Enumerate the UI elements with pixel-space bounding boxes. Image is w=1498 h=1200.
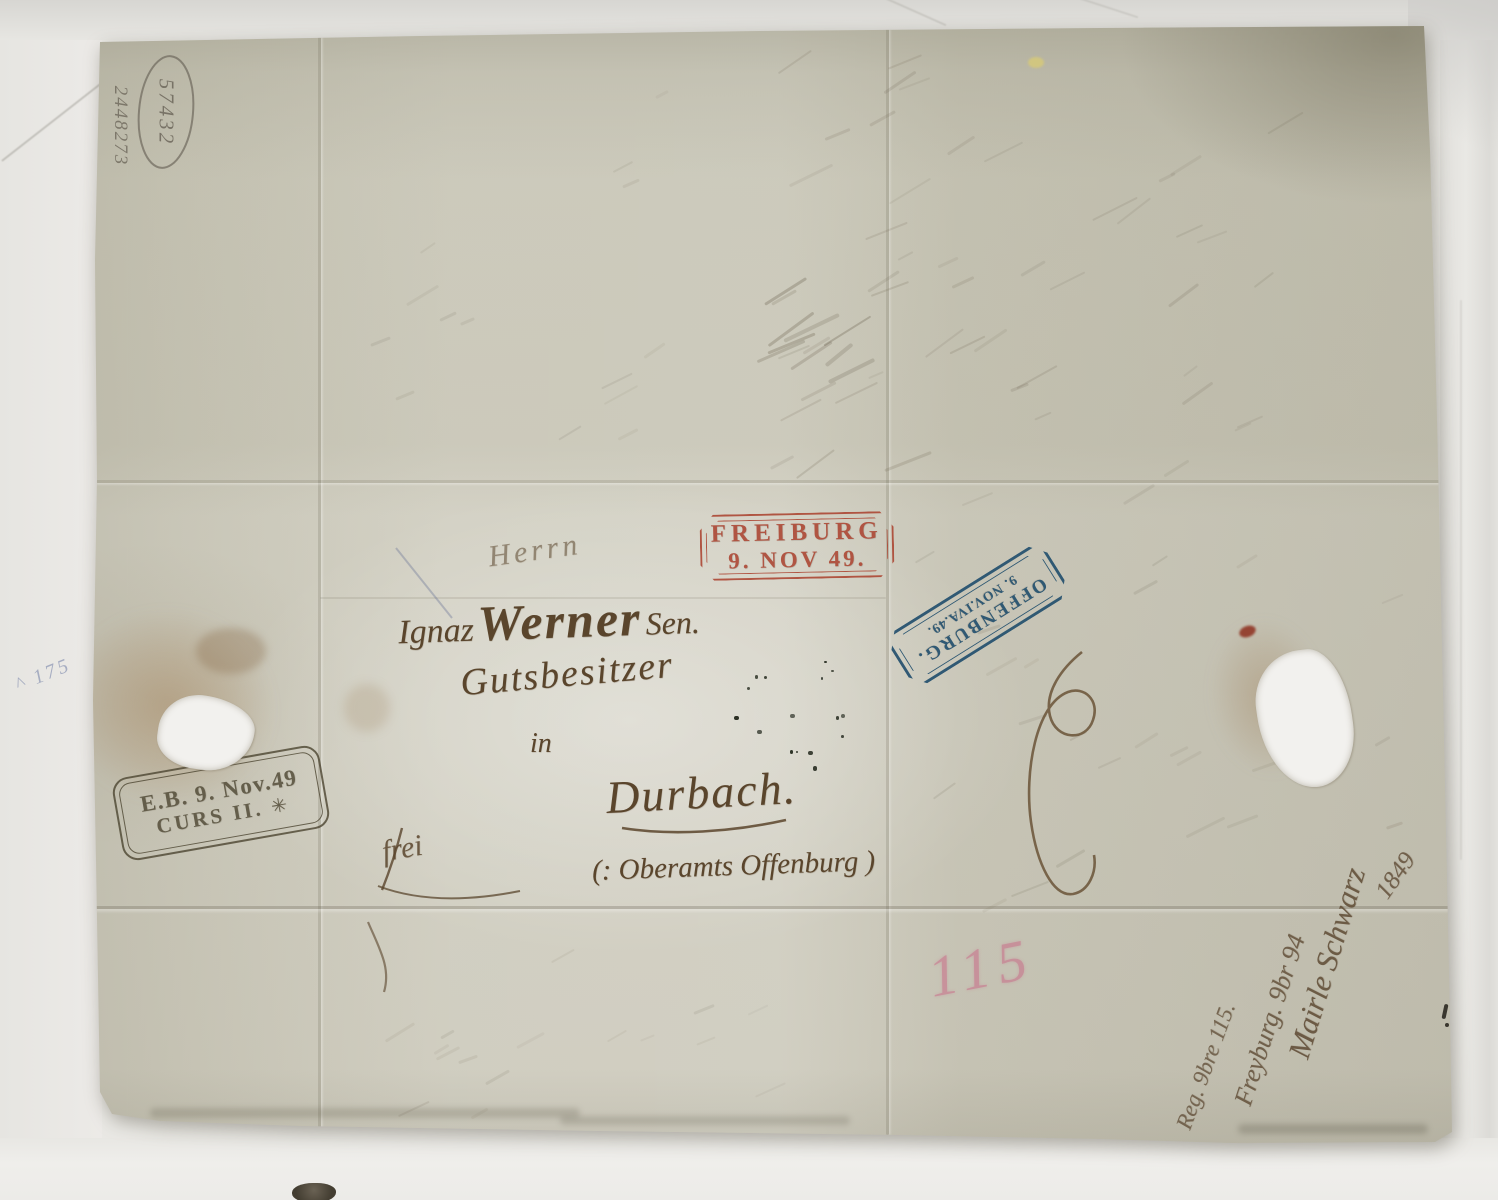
docket-year: 1849 — [1370, 847, 1422, 904]
backdrop-ink-tick-dot — [1445, 1023, 1449, 1027]
backdrop-dark-blob — [292, 1183, 336, 1200]
photograph-of-folded-letter: ^ 175 57432 2448273 FREIBURG 9. — [0, 0, 1498, 1200]
docket-block: 1849 Mairle Schwarz Freyburg. 9br 94 Reg… — [0, 0, 1498, 1200]
letter-sheet-wrap: 57432 2448273 FREIBURG 9. NOV 49. OFFENB… — [0, 0, 1498, 1200]
letter-sheet: 57432 2448273 FREIBURG 9. NOV 49. OFFENB… — [0, 0, 1498, 1200]
docket-register: Reg. 9bre 115. — [1171, 999, 1241, 1133]
